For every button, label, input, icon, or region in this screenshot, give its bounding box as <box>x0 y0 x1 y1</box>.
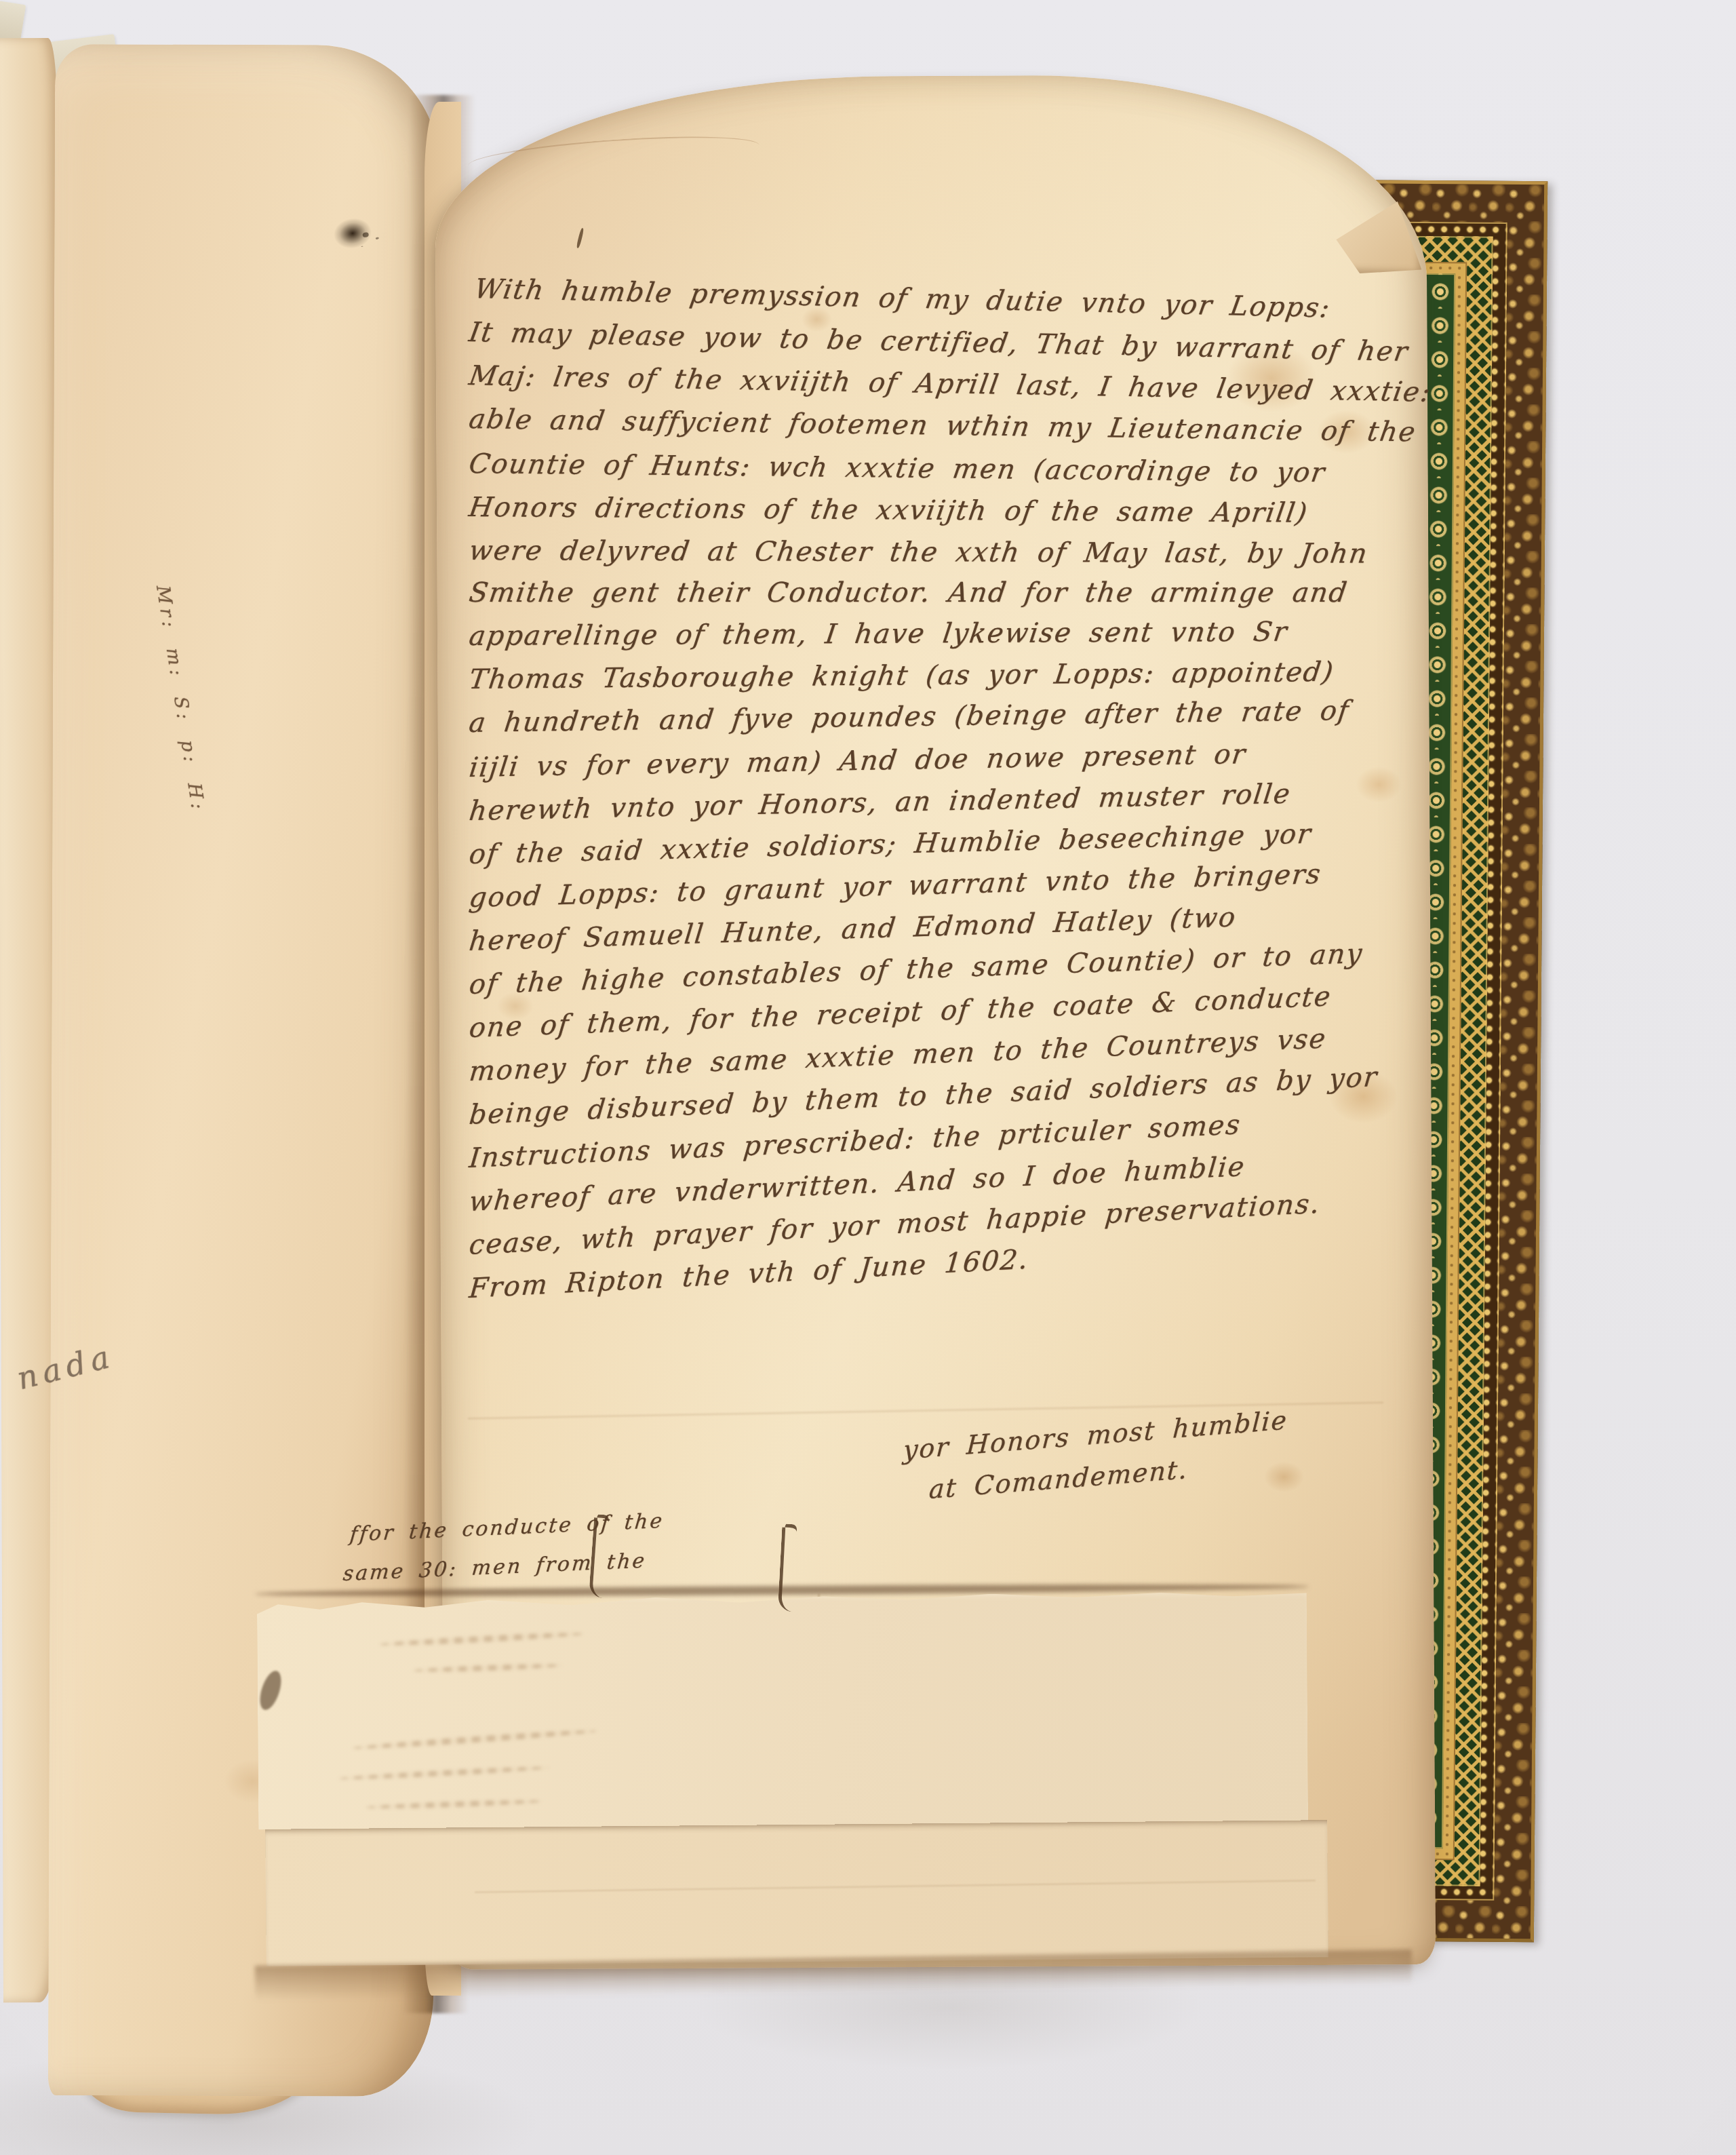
manuscript-line: apparellinge of them, I have lykewise se… <box>467 617 1290 651</box>
lower-slip <box>265 1820 1328 1966</box>
photo-canvas: Mr: m: S: p: H: nada With humble premyss… <box>0 0 1736 2155</box>
tipped-in-slip <box>257 1589 1308 1830</box>
manuscript-line: Honors directions of the xxviijth of the… <box>467 492 1310 528</box>
manuscript-line: Smithe gent their Conductor. And for the… <box>467 578 1350 608</box>
manuscript-line: were delyvred at Chester the xxth of May… <box>467 536 1370 569</box>
bracket-stroke <box>778 1527 803 1612</box>
